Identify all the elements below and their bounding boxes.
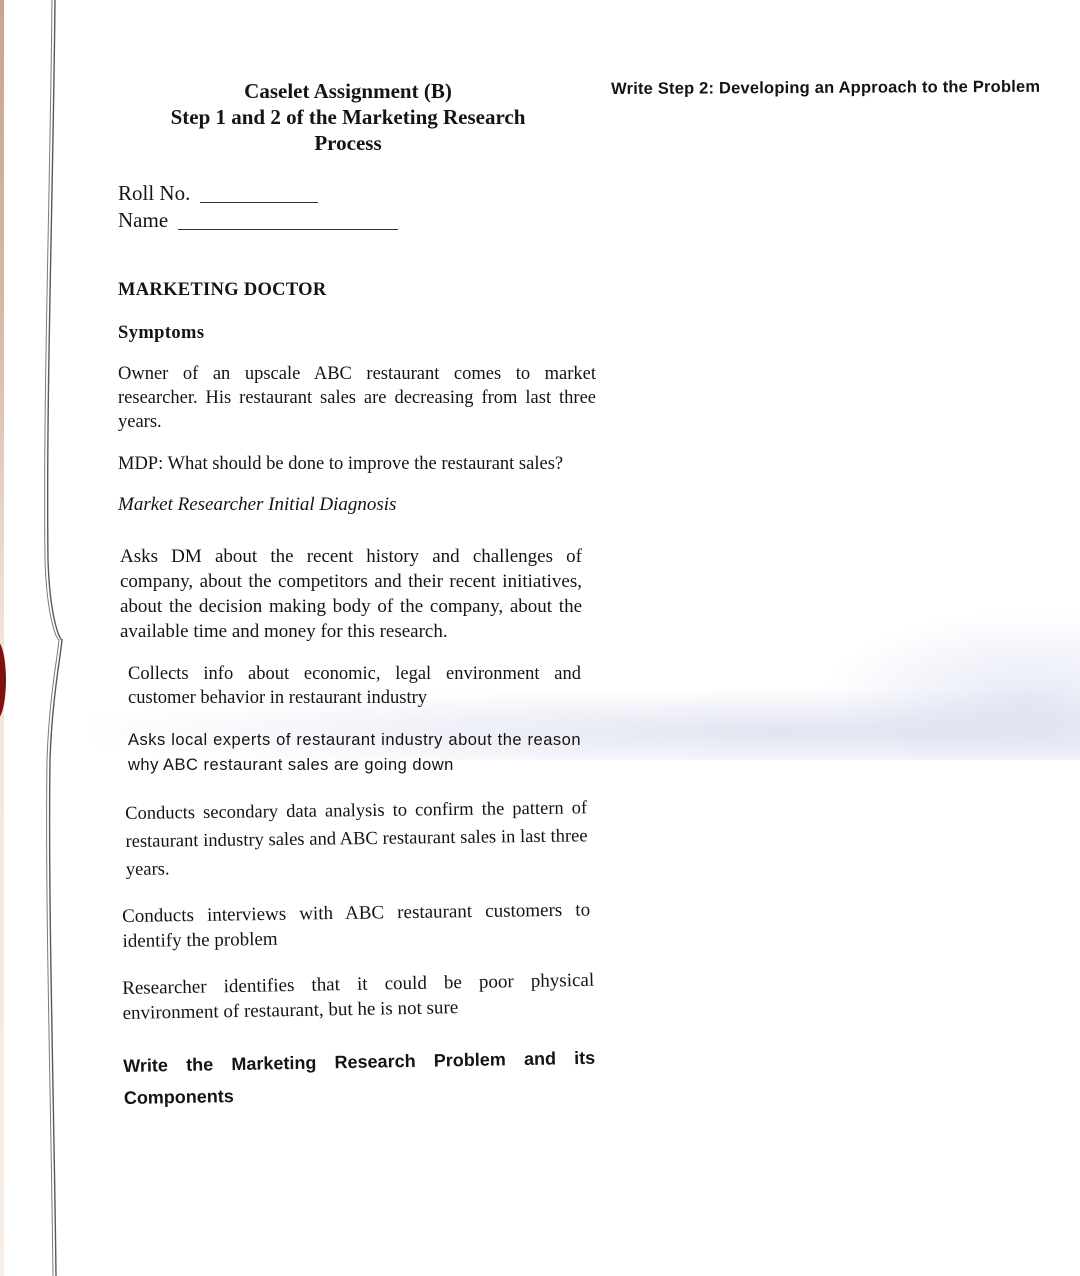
diagnosis-step: Researcher identifies that it could be p… — [122, 968, 595, 1026]
section-title: MARKETING DOCTOR — [118, 280, 596, 301]
diagnosis-step: Asks local experts of restaurant industr… — [128, 728, 581, 778]
symptoms-paragraph: Owner of an upscale ABC restaurant comes… — [118, 362, 596, 434]
margin-double-rule — [0, 0, 80, 1276]
name-blank — [178, 215, 398, 230]
symptoms-heading: Symptoms — [118, 323, 596, 344]
roll-no-blank — [200, 188, 318, 203]
diagnosis-step: Conducts secondary data analysis to conf… — [125, 794, 588, 884]
diagnosis-step: Asks DM about the recent history and cha… — [120, 544, 582, 644]
roll-no-label: Roll No. — [118, 180, 190, 207]
name-field: Name — [118, 207, 596, 234]
paper-shadow — [820, 610, 1080, 760]
title-line: Step 1 and 2 of the Marketing Research — [118, 104, 578, 130]
student-fields: Roll No. Name — [118, 180, 596, 234]
task-developing-approach: Write Step 2: Developing an Approach to … — [611, 74, 1041, 102]
diagnosis-step: Collects info about economic, legal envi… — [128, 662, 581, 710]
name-label: Name — [118, 207, 168, 234]
title-line: Caselet Assignment (B) — [118, 78, 578, 104]
left-column: Caselet Assignment (B) Step 1 and 2 of t… — [118, 78, 596, 1114]
assignment-title: Caselet Assignment (B) Step 1 and 2 of t… — [118, 78, 578, 156]
title-line: Process — [118, 130, 578, 156]
diagnosis-step: Conducts interviews with ABC restaurant … — [122, 897, 591, 954]
diagnosis-heading: Market Researcher Initial Diagnosis — [118, 494, 596, 516]
roll-no-field: Roll No. — [118, 180, 596, 207]
mdp-paragraph: MDP: What should be done to improve the … — [118, 452, 596, 476]
task-marketing-research-problem: Write the Marketing Research Problem and… — [123, 1042, 596, 1114]
